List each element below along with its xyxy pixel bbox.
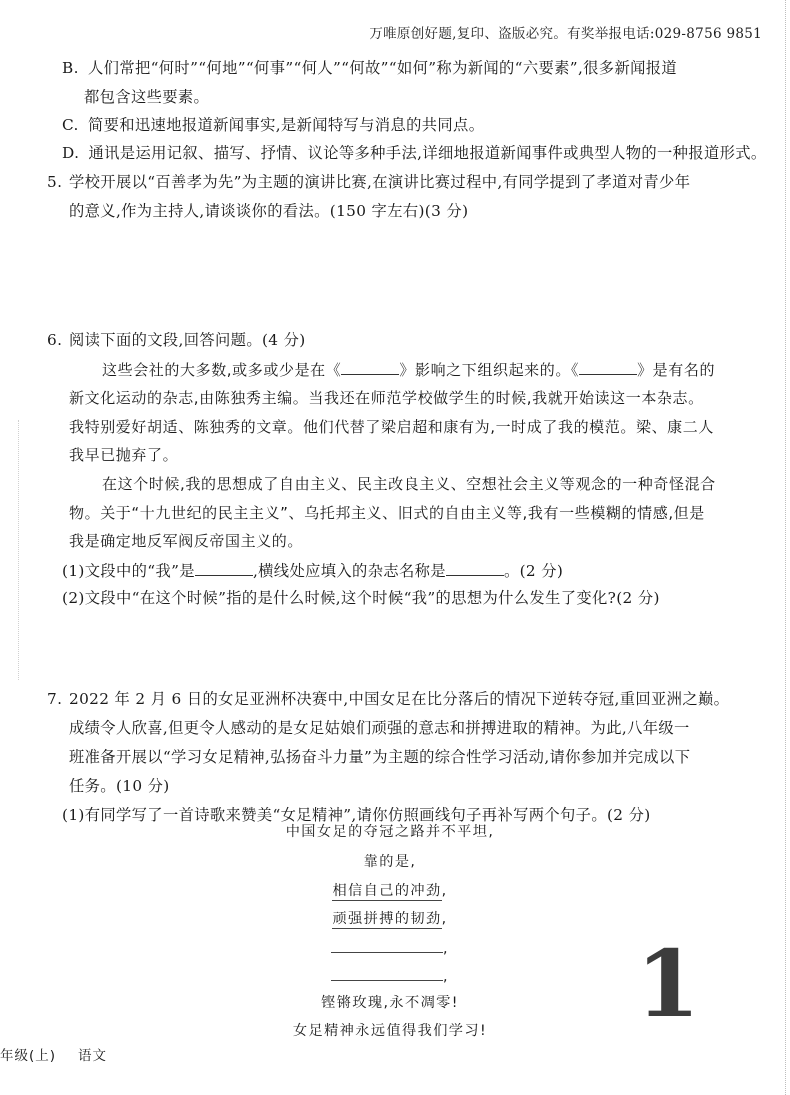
sub-question-text: 。(2 分): [504, 562, 563, 580]
question-7-line-2: 成绩令人欣喜,但更令人感动的是女足姑娘们顽强的意志和拼搏进取的精神。为此,八年级…: [69, 717, 690, 739]
option-b-text: 人们常把“何时”“何地”“何事”“何人”“何故”“如何”称为新闻的“六要素”,很…: [88, 59, 677, 77]
poem-line-3: 相信自己的冲劲,: [0, 880, 785, 902]
page-edge-right: [785, 0, 786, 1095]
question-7-line-4: 任务。(10 分): [69, 775, 170, 797]
poem-comma: ,: [442, 911, 448, 927]
option-b: B. 人们常把“何时”“何地”“何事”“何人”“何故”“如何”称为新闻的“六要素…: [62, 57, 677, 79]
question-6-answer-area[interactable]: [60, 615, 760, 675]
question-5-number: 5.: [47, 171, 69, 193]
passage-text: 》是有名的: [637, 361, 715, 379]
passage-line-3: 我特别爱好胡适、陈独秀的文章。他们代替了梁启超和康有为,一时成了我的模范。梁、康…: [69, 416, 714, 438]
poem-comma: ,: [442, 883, 448, 899]
question-6-sub-1: (1)文段中的“我”是,横线处应填入的杂志名称是。(2 分): [62, 559, 563, 582]
question-7: 7.2022 年 2 月 6 日的女足亚洲杯决赛中,中国女足在比分落后的情况下逆…: [47, 688, 729, 710]
poem-comma: ,: [443, 969, 449, 985]
passage-line-7: 我是确定地反军阀反帝国主义的。: [69, 530, 303, 552]
option-d-text: 通讯是运用记叙、描写、抒情、议论等多种手法,详细地报道新闻事件或典型人物的一种报…: [89, 144, 767, 162]
answer-blank-author[interactable]: [195, 559, 253, 576]
question-5: 5.学校开展以“百善孝为先”为主题的演讲比赛,在演讲比赛过程中,有同学提到了孝道…: [47, 171, 690, 193]
option-d: D. 通讯是运用记叙、描写、抒情、议论等多种手法,详细地报道新闻事件或典型人物的…: [62, 142, 767, 164]
sub-question-text: (1)文段中的“我”是: [62, 562, 195, 580]
poem-line-1: 中国女足的夺冠之路并不平坦,: [0, 821, 785, 843]
question-5-text: 学校开展以“百善孝为先”为主题的演讲比赛,在演讲比赛过程中,有同学提到了孝道对青…: [69, 173, 690, 191]
question-5-answer-area[interactable]: [60, 230, 760, 310]
footer-subject: 语文: [78, 1048, 107, 1064]
answer-blank-magazine[interactable]: [446, 559, 504, 576]
question-5-continued: 的意义,作为主持人,请谈谈你的看法。(150 字左右)(3 分): [69, 200, 468, 222]
passage-line-1: 这些会社的大多数,或多或少是在《》影响之下组织起来的。《》是有名的: [102, 358, 715, 381]
poem-answer-blank-1[interactable]: [331, 938, 443, 953]
option-c-label: C.: [62, 116, 79, 134]
magazine-blank-2[interactable]: [579, 358, 637, 375]
option-c: C. 简要和迅速地报道新闻事实,是新闻特写与消息的共同点。: [62, 114, 484, 136]
page-edge-left: [18, 420, 19, 680]
question-7-number: 7.: [47, 688, 69, 710]
option-c-text: 简要和迅速地报道新闻事实,是新闻特写与消息的共同点。: [88, 116, 484, 134]
passage-text: 这些会社的大多数,或多或少是在《: [102, 361, 341, 379]
sub-question-text: ,横线处应填入的杂志名称是: [253, 562, 446, 580]
question-7-line-3: 班准备开展以“学习女足精神,弘扬奋斗力量”为主题的综合性学习活动,请你参加并完成…: [69, 746, 690, 768]
page-number: 1: [636, 938, 700, 1030]
footer-grade: 年级(上): [0, 1048, 56, 1064]
option-d-label: D.: [62, 144, 79, 162]
option-b-label: B.: [62, 59, 79, 77]
footer: 年级(上)语文: [0, 1044, 107, 1064]
question-6-sub-2: (2)文段中“在这个时候”指的是什么时候,这个时候“我”的思想为什么发生了变化?…: [62, 587, 660, 609]
question-6-number: 6.: [47, 329, 69, 351]
magazine-blank-1[interactable]: [341, 358, 399, 375]
poem-line-2: 靠的是,: [0, 851, 785, 873]
passage-text: 》影响之下组织起来的。《: [399, 361, 579, 379]
underlined-model-sentence-2: 顽强拼搏的韧劲: [332, 911, 441, 929]
poem-line-4: 顽强拼搏的韧劲,: [0, 908, 785, 930]
passage-line-4: 我早已抛弃了。: [69, 444, 178, 466]
question-7-text: 2022 年 2 月 6 日的女足亚洲杯决赛中,中国女足在比分落后的情况下逆转夺…: [69, 690, 729, 708]
copyright-notice: 万唯原创好题,复印、盗版必究。有奖举报电话:029-8756 9851: [369, 22, 762, 42]
poem-answer-blank-2[interactable]: [331, 966, 443, 981]
question-6: 6.阅读下面的文段,回答问题。(4 分): [47, 329, 306, 351]
passage-line-5: 在这个时候,我的思想成了自由主义、民主改良主义、空想社会主义等观念的一种奇怪混合: [102, 473, 716, 495]
passage-line-2: 新文化运动的杂志,由陈独秀主编。当我还在师范学校做学生的时候,我就开始读这一本杂…: [69, 387, 704, 409]
question-6-prompt: 阅读下面的文段,回答问题。(4 分): [69, 331, 306, 349]
passage-line-6: 物。关于“十九世纪的民主主义”、乌托邦主义、旧式的自由主义等,我有一些模糊的情感…: [69, 502, 705, 524]
option-b-continued: 都包含这些要素。: [84, 86, 209, 108]
underlined-model-sentence-1: 相信自己的冲劲: [332, 883, 441, 901]
poem-comma: ,: [443, 941, 449, 957]
